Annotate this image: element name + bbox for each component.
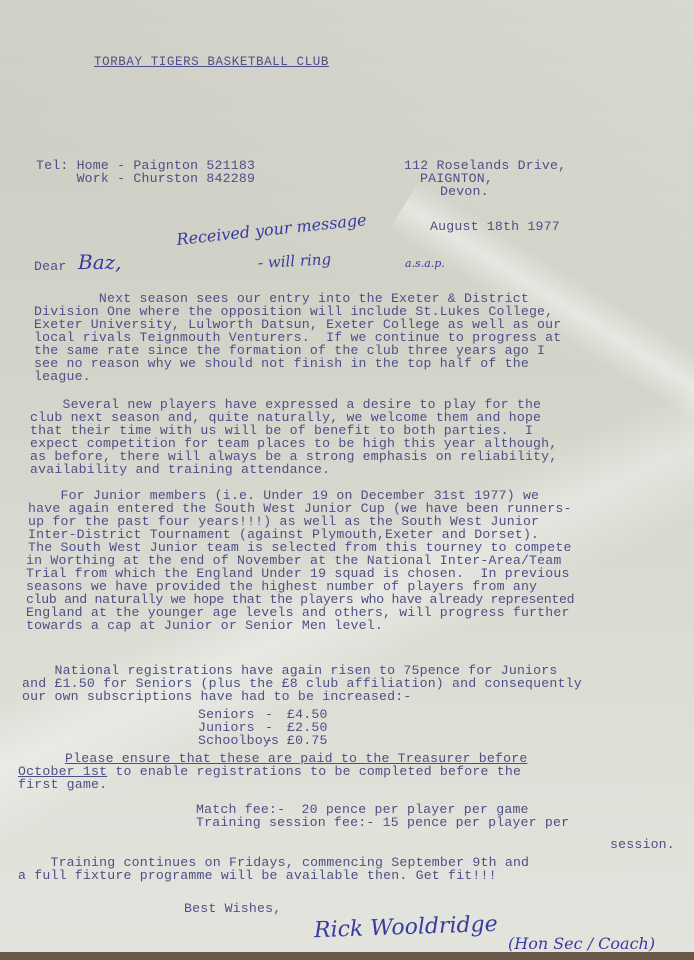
paragraph-line: availability and training attendance. bbox=[30, 463, 330, 476]
payment-notice-line3: first game. bbox=[18, 778, 107, 791]
address-county: Devon. bbox=[440, 185, 489, 198]
sign-off: Best Wishes, bbox=[184, 902, 281, 915]
salutation: Dear bbox=[34, 260, 66, 273]
payment-notice-line2-rest: to enable registrations to be completed … bbox=[107, 764, 521, 779]
paragraph-line: a full fixture programme will be availab… bbox=[18, 869, 497, 882]
paragraph-line: our own subscriptions have had to be inc… bbox=[22, 690, 411, 703]
subscription-fee: £0.75 bbox=[287, 734, 328, 747]
training-fee: Training session fee:- 15 pence per play… bbox=[196, 816, 569, 829]
handwritten-note-line2: - will ring bbox=[258, 250, 332, 272]
table-surface-edge bbox=[0, 952, 694, 960]
signature-title: (Hon Sec / Coach) bbox=[508, 934, 655, 953]
letterhead-title: TORBAY TIGERS BASKETBALL CLUB bbox=[94, 56, 329, 69]
paragraph-line: league. bbox=[34, 370, 91, 383]
handwritten-note-line3: a.s.a.p. bbox=[405, 257, 445, 270]
paragraph-line: towards a cap at Junior or Senior Men le… bbox=[26, 619, 383, 632]
letter-date: August 18th 1977 bbox=[430, 220, 560, 233]
training-fee-continued: session. bbox=[610, 838, 675, 851]
telephone-work: Work - Churston 842289 bbox=[36, 172, 255, 185]
paragraph-line: see no reason why we should not finish i… bbox=[34, 357, 529, 370]
handwritten-recipient-name: Baz, bbox=[78, 250, 122, 274]
subscription-dash: - bbox=[265, 734, 273, 747]
